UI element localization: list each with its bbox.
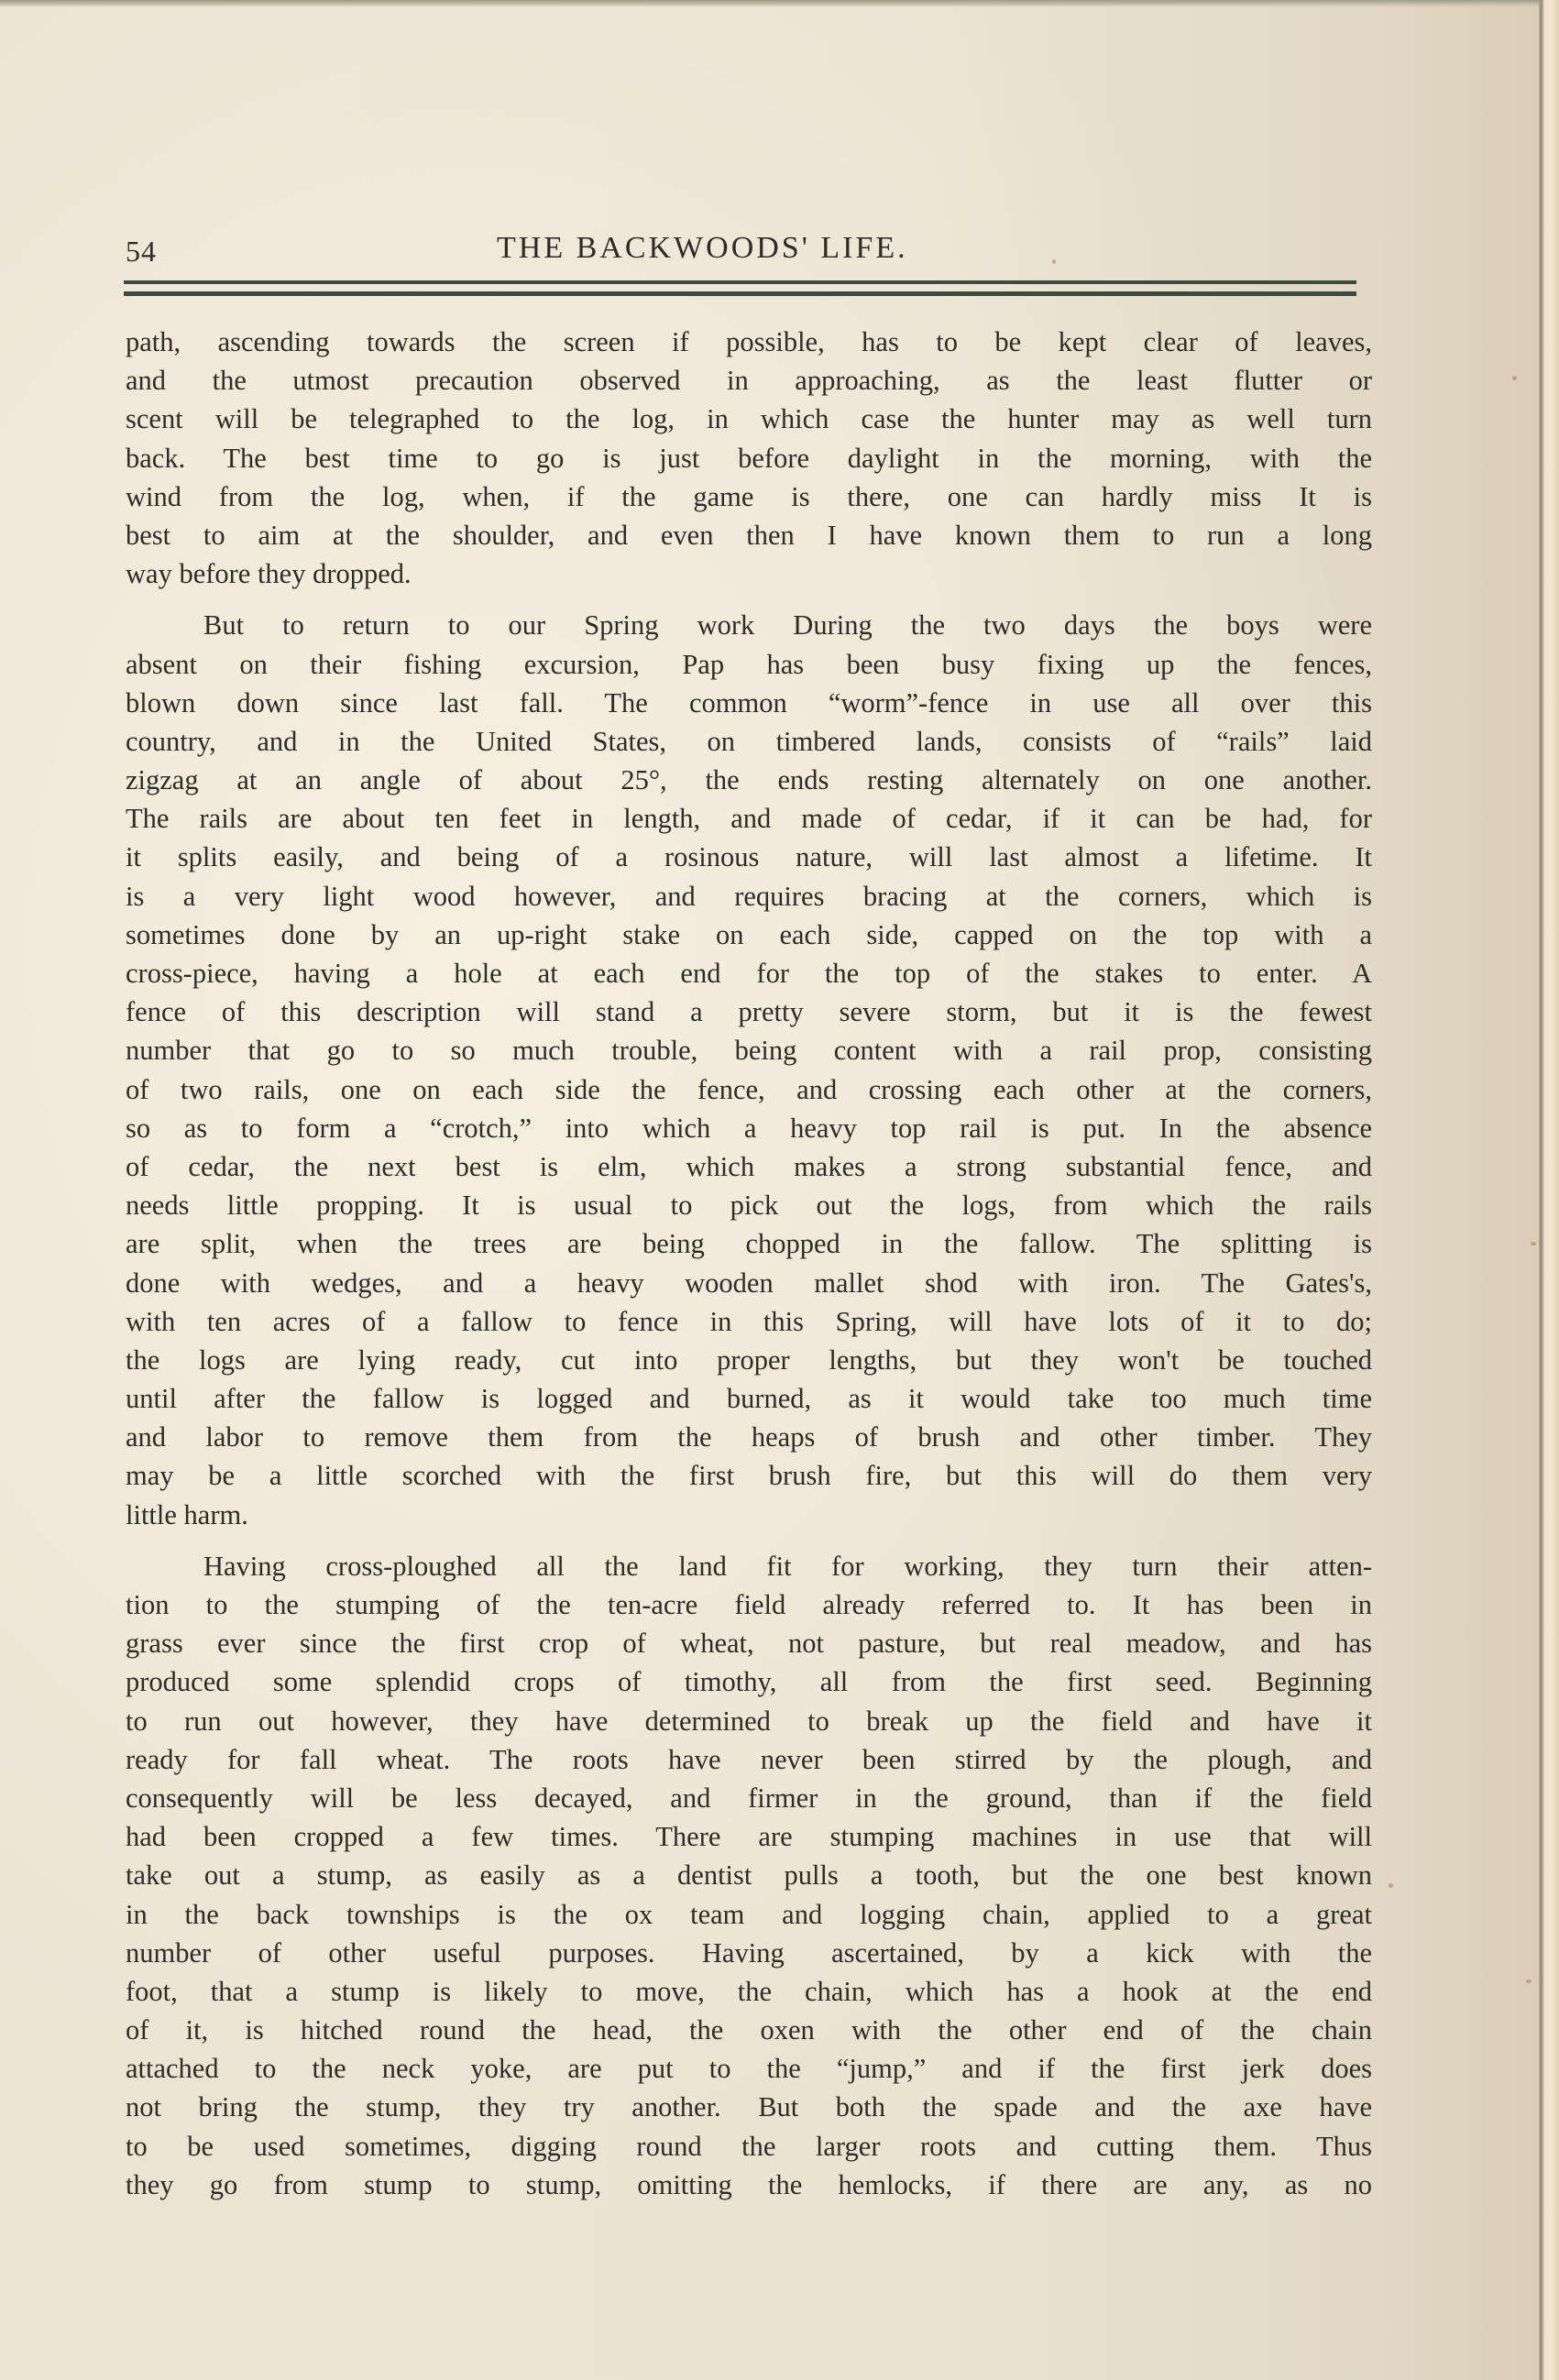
text-line: done with wedges, and a heavy wooden mal… [126,1264,1372,1302]
text-line: with ten acres of a fallow to fence in t… [126,1302,1372,1341]
text-line: best to aim at the shoulder, and even th… [126,516,1372,554]
text-line: But to return to our Spring work During … [126,606,1372,644]
page-right-edge [1539,0,1559,2380]
page-header: 54 THE BACKWOODS' LIFE. [126,231,1358,277]
text-line: consequently will be less decayed, and f… [126,1779,1372,1817]
text-line: wind from the log, when, if the game is … [126,477,1372,516]
text-line: way before they dropped. [126,554,1372,593]
text-line: so as to form a “crotch,” into which a h… [126,1109,1372,1147]
text-line: and labor to remove them from the heaps … [126,1418,1372,1456]
foxing-spot [1052,259,1056,264]
text-line: tion to the stumping of the ten-acre fie… [126,1585,1372,1624]
text-line: and the utmost precaution observed in ap… [126,361,1372,400]
foxing-spot [1531,1242,1536,1245]
text-line: of cedar, the next best is elm, which ma… [126,1147,1372,1186]
text-line: needs little propping. It is usual to pi… [126,1186,1372,1224]
text-line: foot, that a stump is likely to move, th… [126,1972,1372,2011]
text-line: The rails are about ten feet in length, … [126,799,1372,838]
foxing-spot [1526,1980,1532,1983]
text-line: of two rails, one on each side the fence… [126,1070,1372,1109]
page-top-edge [0,0,1559,7]
text-line: had been cropped a few times. There are … [126,1817,1372,1856]
page-number: 54 [126,235,157,269]
text-line: little harm. [126,1496,1372,1534]
text-line: ready for fall wheat. The roots have nev… [126,1740,1372,1779]
text-line: to be used sometimes, digging round the … [126,2127,1372,2166]
text-line: zigzag at an angle of about 25°, the end… [126,761,1372,799]
text-line: Having cross-ploughed all the land fit f… [126,1547,1372,1585]
book-page: 54 THE BACKWOODS' LIFE. path, ascending … [0,0,1559,2380]
text-line: grass ever since the first crop of wheat… [126,1624,1372,1662]
text-line: of it, is hitched round the head, the ox… [126,2011,1372,2049]
paragraph: Having cross-ploughed all the land fit f… [126,1547,1372,2204]
text-line: absent on their fishing excursion, Pap h… [126,645,1372,684]
text-line: attached to the neck yoke, are put to th… [126,2049,1372,2088]
text-line: in the back townships is the ox team and… [126,1895,1372,1934]
paragraph: path, ascending towards the screen if po… [126,323,1372,593]
text-line: scent will be telegraphed to the log, in… [126,400,1372,438]
text-line: back. The best time to go is just before… [126,439,1372,477]
text-line: take out a stump, as easily as a dentist… [126,1856,1372,1894]
text-line: it splits easily, and being of a rosinou… [126,838,1372,876]
text-line: number that go to so much trouble, being… [126,1031,1372,1069]
text-line: may be a little scorched with the first … [126,1456,1372,1495]
foxing-spot [1389,1883,1393,1888]
text-line: sometimes done by an up-right stake on e… [126,916,1372,954]
header-rule-top [124,280,1356,284]
text-line: to run out however, they have determined… [126,1702,1372,1740]
text-line: not bring the stump, they try another. B… [126,2088,1372,2126]
text-line: are split, when the trees are being chop… [126,1224,1372,1263]
text-line: blown down since last fall. The common “… [126,684,1372,722]
text-line: country, and in the United States, on ti… [126,722,1372,761]
text-line: cross-piece, having a hole at each end f… [126,954,1372,993]
foxing-spot [1512,376,1517,380]
paragraph: But to return to our Spring work During … [126,606,1372,1534]
text-line: number of other useful purposes. Having … [126,1934,1372,1972]
header-rule-bottom [124,291,1356,296]
text-line: the logs are lying ready, cut into prope… [126,1341,1372,1379]
text-line: until after the fallow is logged and bur… [126,1379,1372,1418]
text-line: is a very light wood however, and requir… [126,877,1372,916]
text-line: path, ascending towards the screen if po… [126,323,1372,361]
text-line: they go from stump to stump, omitting th… [126,2166,1372,2204]
text-line: fence of this description will stand a p… [126,993,1372,1031]
running-title: THE BACKWOODS' LIFE. [497,231,908,266]
body-text: path, ascending towards the screen if po… [126,323,1372,2217]
text-line: produced some splendid crops of timothy,… [126,1662,1372,1701]
